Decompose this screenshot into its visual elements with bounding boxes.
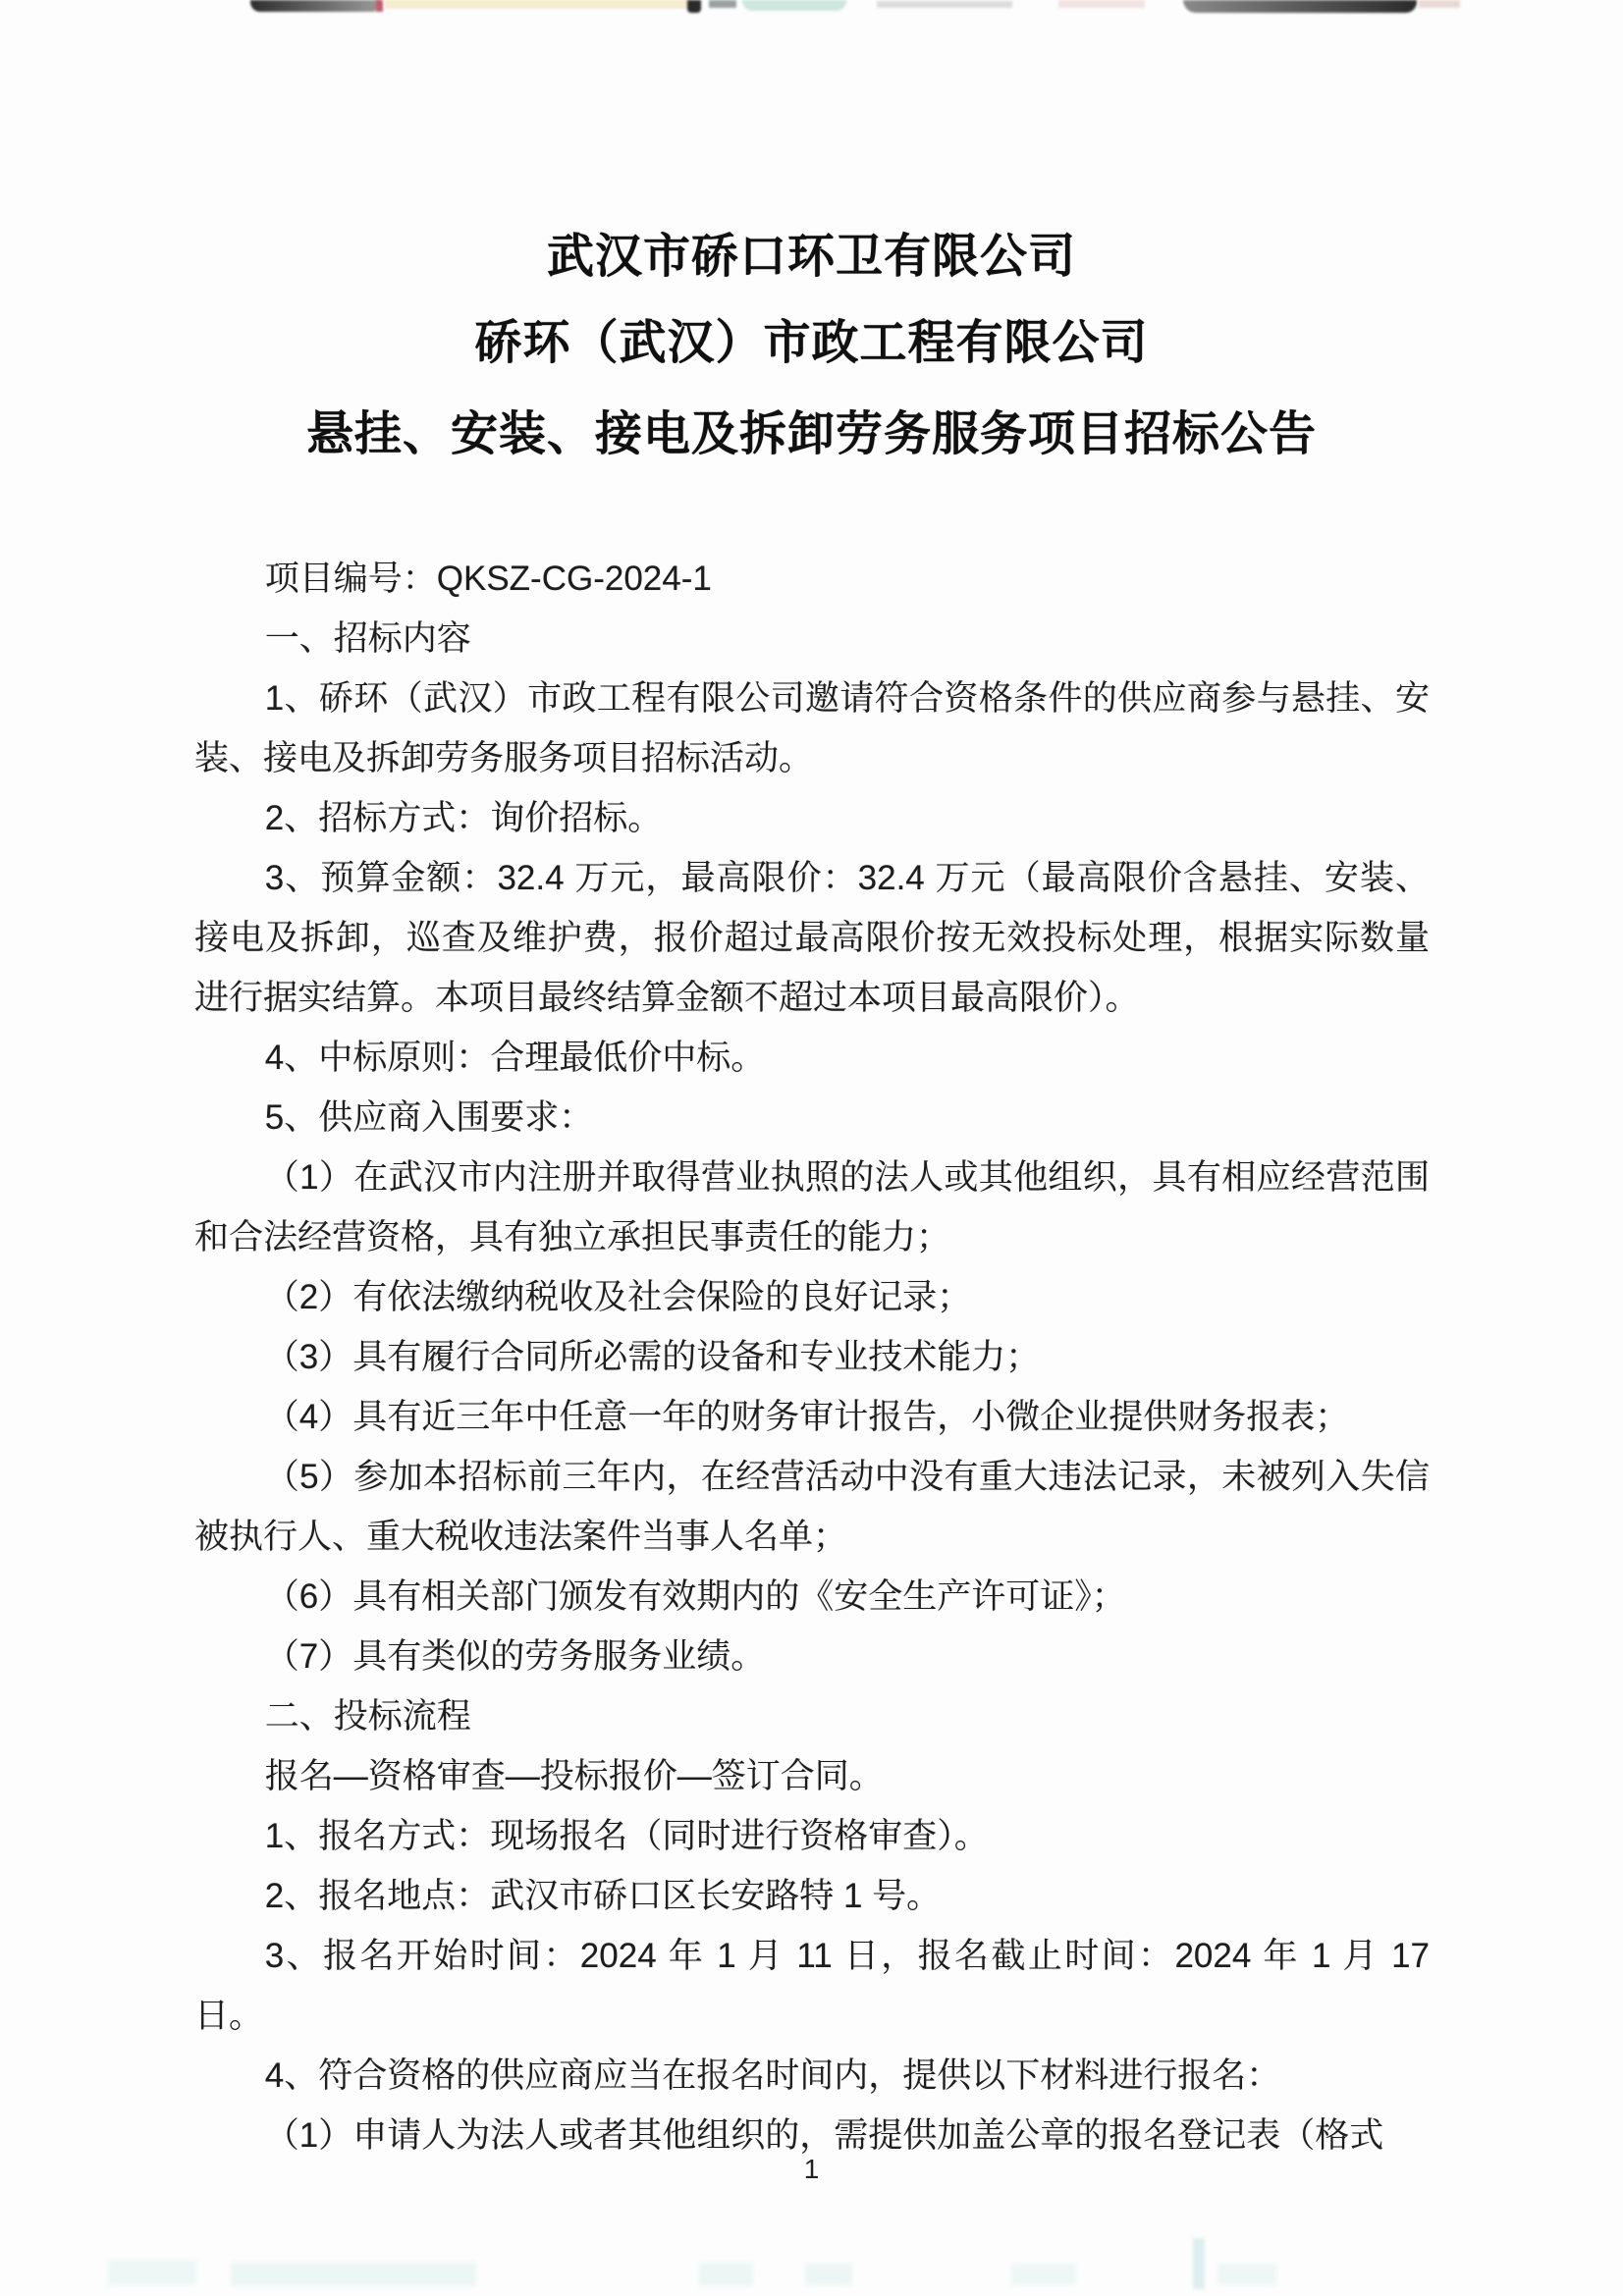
scan-artifact	[1058, 0, 1145, 8]
document-title-line-2: 硚环（武汉）市政工程有限公司	[0, 300, 1623, 387]
scan-artifact	[877, 1, 1012, 8]
para-budget-and-price-limit: 3、预算金额：32.4 万元，最高限价：32.4 万元（最高限价含悬挂、安装、接…	[194, 848, 1430, 1028]
scan-artifact	[687, 0, 701, 13]
para-registration-method: 1、报名方式：现场报名（同时进行资格审查）。	[194, 1806, 1430, 1866]
requirement-6: （6）具有相关部门颁发有效期内的《安全生产许可证》；	[194, 1567, 1430, 1627]
section-heading-tender-content: 一、招标内容	[194, 609, 1430, 668]
document-title-line-1: 武汉市硚口环卫有限公司	[0, 214, 1623, 300]
scan-artifact	[376, 0, 383, 12]
para-supplier-requirements-heading: 5、供应商入围要求：	[194, 1088, 1430, 1148]
para-registration-location: 2、报名地点：武汉市硚口区长安路特 1 号。	[194, 1866, 1430, 1926]
para-award-principle: 4、中标原则：合理最低价中标。	[194, 1028, 1430, 1088]
scan-artifact	[742, 0, 846, 11]
scan-artifact	[108, 2260, 196, 2285]
scan-artifact	[1193, 2238, 1205, 2289]
document-title-line-3: 悬挂、安装、接电及拆卸劳务服务项目招标公告	[0, 392, 1623, 478]
scan-artifact	[1217, 2264, 1276, 2285]
scan-artifact	[1419, 0, 1460, 8]
scan-artifact	[709, 0, 736, 8]
para-process-flow: 报名—资格审查—投标报价—签订合同。	[194, 1746, 1430, 1806]
scan-artifact	[385, 0, 691, 9]
project-number: 项目编号：QKSZ-CG-2024-1	[194, 549, 1430, 609]
scanned-document-page: 武汉市硚口环卫有限公司 硚环（武汉）市政工程有限公司 悬挂、安装、接电及拆卸劳务…	[0, 0, 1623, 2296]
requirement-5: （5）参加本招标前三年内，在经营活动中没有重大违法记录，未被列入失信被执行人、重…	[194, 1447, 1430, 1567]
para-tender-invitation: 1、硚环（武汉）市政工程有限公司邀请符合资格条件的供应商参与悬挂、安装、接电及拆…	[194, 668, 1430, 788]
scan-artifact	[231, 2263, 476, 2286]
requirement-4: （4）具有近三年中任意一年的财务审计报告，小微企业提供财务报表；	[194, 1387, 1430, 1447]
scan-artifact	[1011, 2264, 1076, 2285]
scan-artifact	[805, 2264, 852, 2285]
para-tender-method: 2、招标方式：询价招标。	[194, 788, 1430, 848]
para-registration-time: 3、报名开始时间：2024 年 1 月 11 日，报名截止时间：2024 年 1…	[194, 1926, 1430, 2046]
requirement-1: （1）在武汉市内注册并取得营业执照的法人或其他组织，具有相应经营范围和合法经营资…	[194, 1148, 1430, 1267]
requirement-7: （7）具有类似的劳务服务业绩。	[194, 1627, 1430, 1686]
requirement-3: （3）具有履行合同所必需的设备和专业技术能力；	[194, 1327, 1430, 1387]
document-body: 项目编号：QKSZ-CG-2024-1 一、招标内容 1、硚环（武汉）市政工程有…	[194, 549, 1430, 2165]
scan-artifact	[1183, 0, 1417, 13]
scan-artifact	[699, 2263, 753, 2286]
requirement-2: （2）有依法缴纳税收及社会保险的良好记录；	[194, 1267, 1430, 1327]
scan-artifact	[250, 0, 380, 12]
page-number: 1	[0, 2148, 1623, 2191]
document-title: 武汉市硚口环卫有限公司 硚环（武汉）市政工程有限公司 悬挂、安装、接电及拆卸劳务…	[0, 214, 1623, 478]
section-heading-bidding-process: 二、投标流程	[194, 1686, 1430, 1746]
para-registration-materials-heading: 4、符合资格的供应商应当在报名时间内，提供以下材料进行报名：	[194, 2046, 1430, 2106]
